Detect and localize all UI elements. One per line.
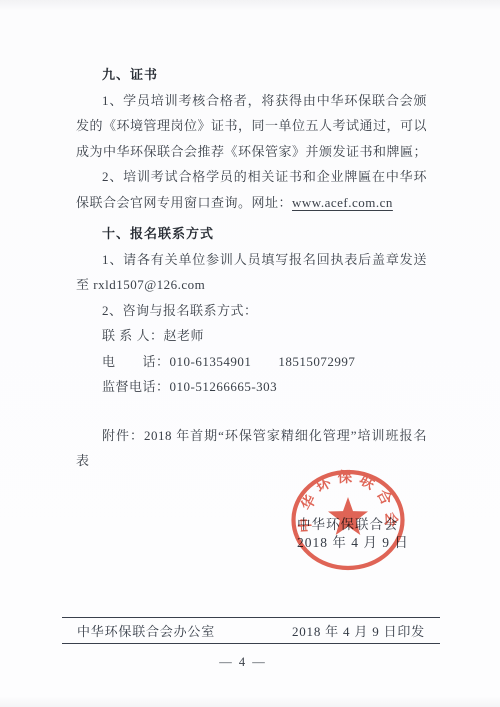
doc-line: 2、咨询与报名联系方式： bbox=[76, 298, 427, 324]
issuing-office: 中华环保联合会办公室 bbox=[77, 621, 215, 640]
official-seal-stamp-icon: 中华环保联合会 bbox=[288, 468, 408, 574]
colophon-bar: 中华环保联合会办公室 2018 年 4 月 9 日印发 bbox=[62, 617, 440, 644]
contact-person-line: 联 系 人：赵老师 bbox=[76, 323, 427, 349]
doc-line: 1、请各有关单位参训人员填写报名回执表后盖章发送 bbox=[76, 247, 427, 273]
document-body: 九、证书 1、学员培训考核合格者，将获得由中华环保联合会颁 发的《环境管理岗位》… bbox=[76, 62, 427, 474]
supervise-phone-line: 监督电话：010-51266665-303 bbox=[76, 374, 427, 400]
contact-phone-line: 电 话：010-61354901 18515072997 bbox=[76, 349, 427, 375]
doc-line: 成为中华环保联合会推荐《环保管家》并颁发证书和牌匾； bbox=[76, 139, 427, 165]
website-url: www.acef.com.cn bbox=[292, 195, 393, 210]
star-icon bbox=[328, 497, 368, 535]
url-line-prefix: 保联合会官网专用窗口查询。网址： bbox=[76, 195, 292, 210]
doc-line-with-url: 保联合会官网专用窗口查询。网址：www.acef.com.cn bbox=[76, 190, 427, 216]
page-number: — 4 — bbox=[0, 655, 486, 670]
doc-line: 发的《环境管理岗位》证书，同一单位五人考试通过，可以 bbox=[76, 113, 427, 139]
section-10-heading: 十、报名联系方式 bbox=[76, 221, 427, 247]
doc-line: 2、培训考试合格学员的相关证书和企业牌匾在中华环 bbox=[76, 164, 427, 190]
section-9-heading: 九、证书 bbox=[76, 62, 427, 88]
doc-line: 1、学员培训考核合格者，将获得由中华环保联合会颁 bbox=[76, 88, 427, 114]
attachment-line: 附件：2018 年首期“环保管家精细化管理”培训班报名 bbox=[76, 423, 427, 449]
scanned-document-page: 九、证书 1、学员培训考核合格者，将获得由中华环保联合会颁 发的《环境管理岗位》… bbox=[0, 0, 500, 707]
email-line: 至 rxld1507@126.com bbox=[76, 272, 427, 298]
issue-date: 2018 年 4 月 9 日印发 bbox=[292, 621, 425, 640]
